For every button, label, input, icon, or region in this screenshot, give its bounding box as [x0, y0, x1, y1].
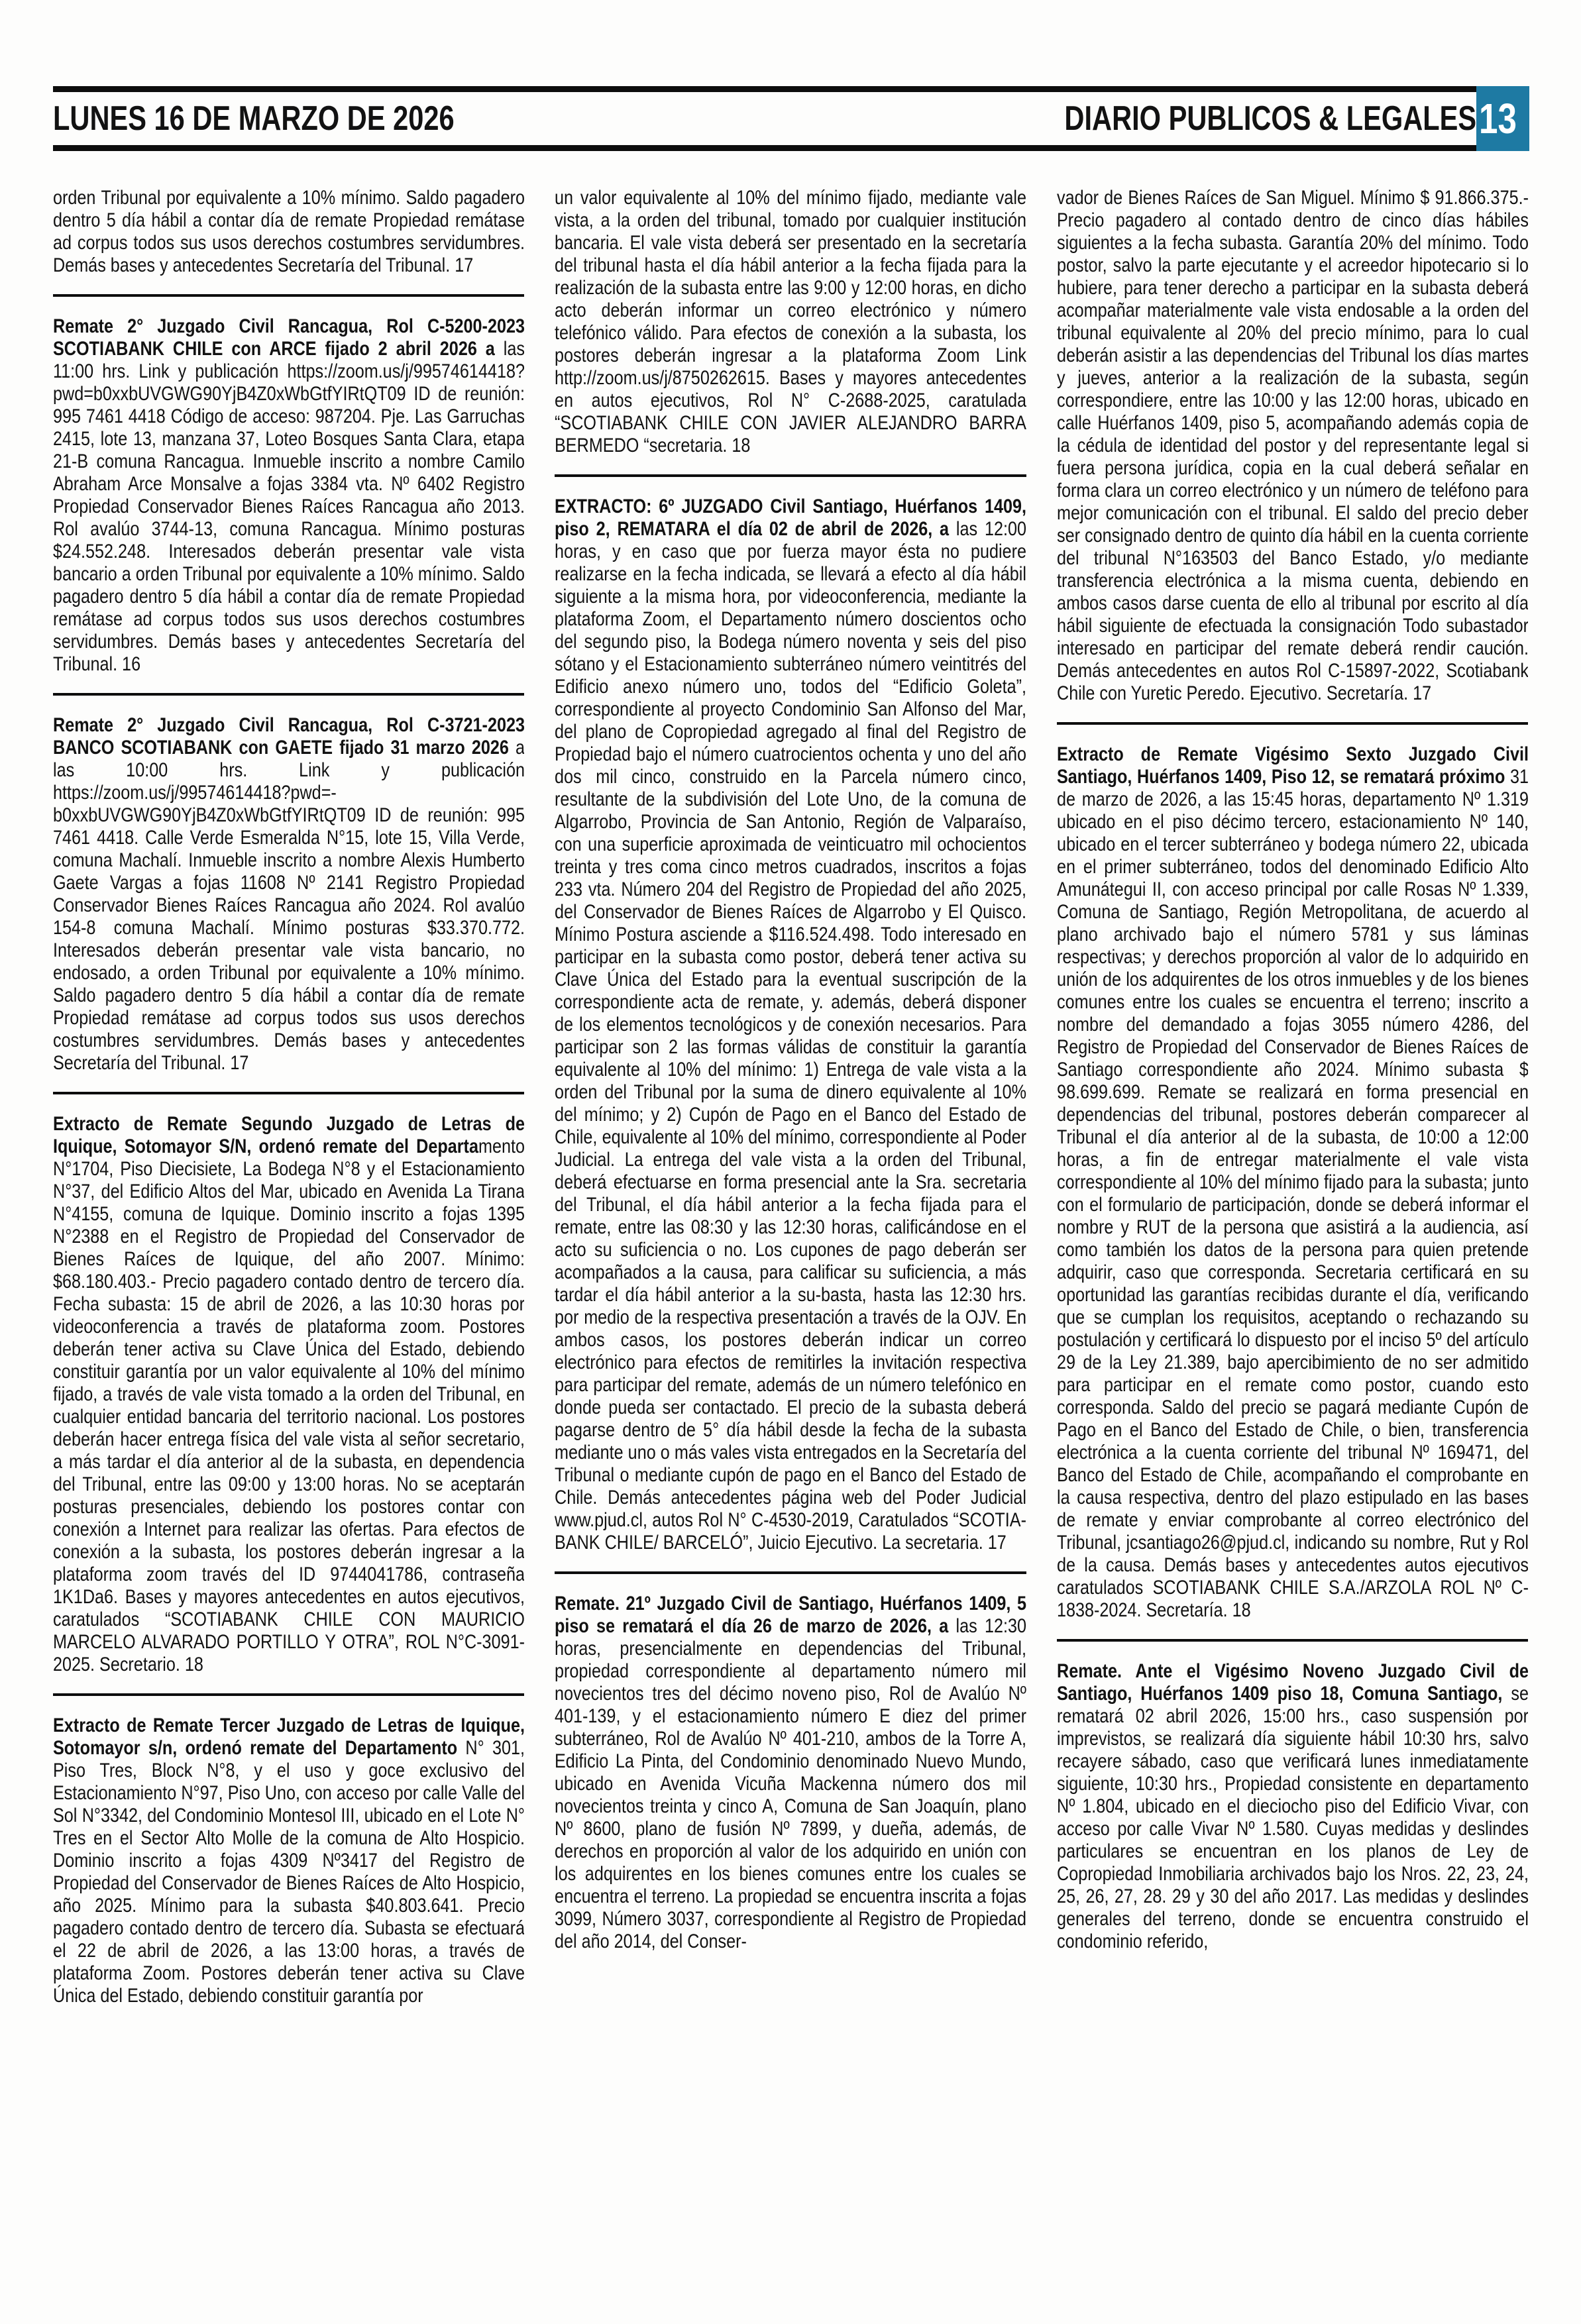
notice-body: mento N°1704, Piso Diecisiete, La Bodega…: [53, 1136, 524, 1675]
notice-separator: [53, 294, 524, 297]
notice-separator: [1057, 722, 1528, 725]
notice-heading: Remate. Ante el Vigésimo Noveno Juzgado …: [1057, 1660, 1528, 1705]
notice-body: orden Tribunal por equivalente a 10% mín…: [53, 187, 524, 276]
legal-notice: orden Tribunal por equivalente a 10% mín…: [53, 187, 524, 277]
notice-heading: Remate 2° Juzgado Civil Rancagua, Rol C-…: [53, 714, 524, 759]
notice-body: 31 de marzo de 2026, a las 15:45 horas, …: [1057, 766, 1528, 1621]
notice-separator: [555, 1571, 1026, 1574]
column-2-text: un valor equivalente al 10% del mínimo f…: [555, 187, 1026, 1953]
legal-notice: Remate. 21º Juzgado Civil de Santiago, H…: [555, 1593, 1026, 1953]
page: LUNES 16 DE MARZO DE 2026 DIARIO PUBLICO…: [0, 86, 1581, 2254]
notice-separator: [53, 1092, 524, 1094]
notice-separator: [53, 693, 524, 696]
masthead: LUNES 16 DE MARZO DE 2026 DIARIO PUBLICO…: [53, 86, 1528, 151]
notice-heading: Extracto de Remate Vigésimo Sexto Juzgad…: [1057, 743, 1528, 788]
masthead-date-text: LUNES 16 DE MARZO DE 2026: [53, 99, 455, 138]
masthead-brand-text: DIARIO PUBLICOS & LEGALES: [1064, 99, 1476, 138]
notice-heading: Extracto de Remate Tercer Juzgado de Let…: [53, 1715, 524, 1759]
newspaper-page: { "header": { "date": "LUNES 16 DE MARZO…: [0, 0, 1581, 2324]
column-3: vador de Bienes Raíces de San Miguel. Mí…: [1057, 187, 1528, 2254]
legal-notice: Remate. Ante el Vigésimo Noveno Juzgado …: [1057, 1660, 1528, 1953]
legal-notice: vador de Bienes Raíces de San Miguel. Mí…: [1057, 187, 1528, 705]
notice-columns: orden Tribunal por equivalente a 10% mín…: [53, 187, 1528, 2254]
column-1: orden Tribunal por equivalente a 10% mín…: [53, 187, 524, 2254]
legal-notice: Remate 2° Juzgado Civil Rancagua, Rol C-…: [53, 714, 524, 1075]
notice-separator: [555, 474, 1026, 477]
legal-notice: Extracto de Remate Segundo Juzgado de Le…: [53, 1113, 524, 1676]
legal-notice: Extracto de Remate Tercer Juzgado de Let…: [53, 1715, 524, 2007]
notice-body: las 12:00 horas, y en caso que por fuerz…: [555, 518, 1026, 1554]
column-1-text: orden Tribunal por equivalente a 10% mín…: [53, 187, 524, 2007]
legal-notice: EXTRACTO: 6º JUZGADO Civil Santiago, Hué…: [555, 496, 1026, 1554]
notice-body: a las 10:00 hrs. Link y publicación http…: [53, 737, 524, 1074]
notice-separator: [1057, 1639, 1528, 1642]
notice-heading: Remate 2° Juzgado Civil Rancagua, Rol C-…: [53, 315, 524, 360]
page-number-box: 13: [1476, 86, 1529, 151]
masthead-right: DIARIO PUBLICOS & LEGALES 13: [961, 92, 1528, 145]
masthead-brand: DIARIO PUBLICOS & LEGALES: [961, 99, 1476, 138]
notice-body: las 11:00 hrs. Link y publicación https:…: [53, 338, 524, 675]
page-number: 13: [1479, 94, 1517, 143]
notice-separator: [53, 1693, 524, 1696]
notice-body: las 12:30 horas, presencialmente en depe…: [555, 1615, 1026, 1952]
notice-body: se rematará 02 abril 2026, 15:00 hrs., c…: [1057, 1683, 1528, 1952]
notice-heading: Extracto de Remate Segundo Juzgado de Le…: [53, 1113, 524, 1157]
legal-notice: Extracto de Remate Vigésimo Sexto Juzgad…: [1057, 743, 1528, 1622]
notice-body: N° 301, Piso Tres, Block N°8, y el uso y…: [53, 1737, 524, 2007]
legal-notice: Remate 2° Juzgado Civil Rancagua, Rol C-…: [53, 315, 524, 676]
notice-body: un valor equivalente al 10% del mínimo f…: [555, 187, 1026, 456]
masthead-date: LUNES 16 DE MARZO DE 2026: [53, 99, 555, 138]
legal-notice: un valor equivalente al 10% del mínimo f…: [555, 187, 1026, 457]
column-3-text: vador de Bienes Raíces de San Miguel. Mí…: [1057, 187, 1528, 1953]
notice-body: vador de Bienes Raíces de San Miguel. Mí…: [1057, 187, 1528, 704]
column-2: un valor equivalente al 10% del mínimo f…: [555, 187, 1026, 2254]
